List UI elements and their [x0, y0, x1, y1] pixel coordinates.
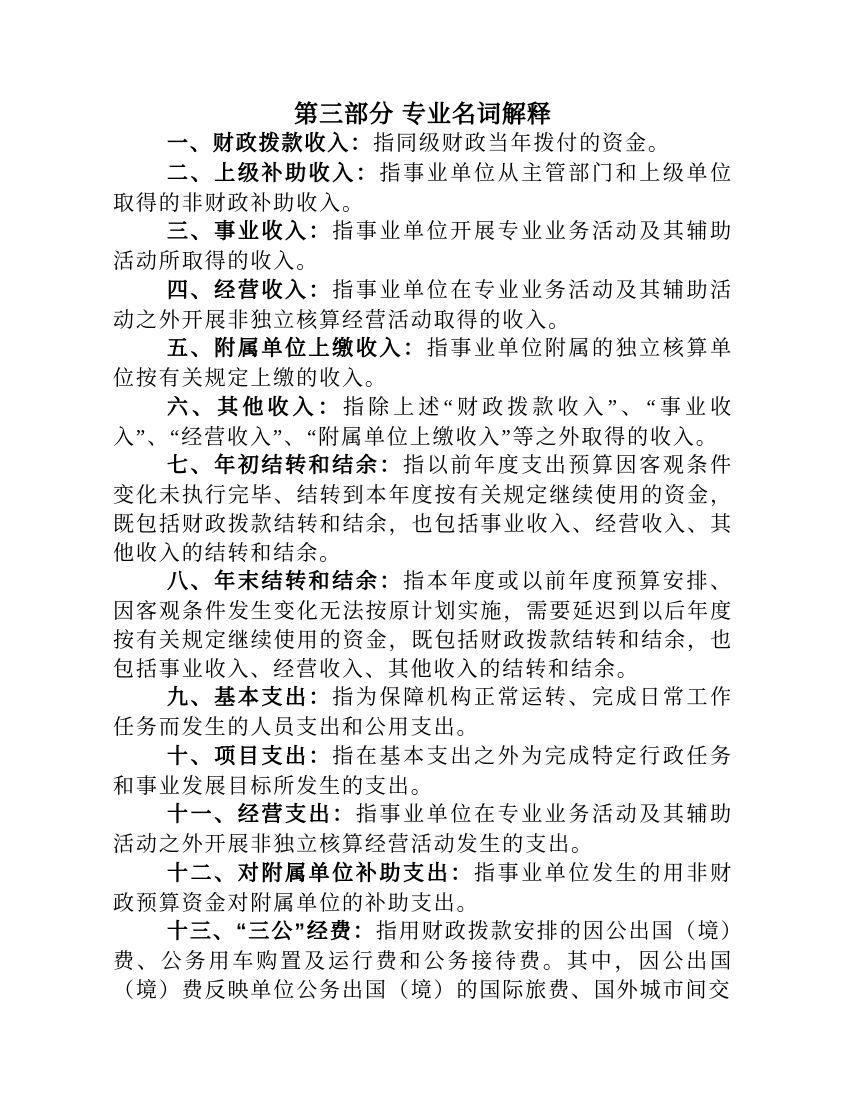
definition-term: 八、年末结转和结余： — [167, 570, 403, 593]
definition-term: 五、附属单位上缴收入： — [167, 337, 427, 360]
definition-item: 八、年末结转和结余：指本年度或以前年度预算安排、因客观条件发生变化无法按原计划实… — [113, 567, 733, 683]
definition-item: 五、附属单位上缴收入：指事业单位附属的独立核算单位按有关规定上缴的收入。 — [113, 334, 733, 393]
definition-term: 四、经营收入： — [167, 279, 332, 302]
definition-item: 十二、对附属单位补助支出：指事业单位发生的用非财政预算资金对附属单位的补助支出。 — [113, 859, 733, 918]
definition-term: 一、财政拨款收入： — [167, 132, 373, 155]
document-page: 第三部分 专业名词解释 一、财政拨款收入：指同级财政当年拨付的资金。 二、上级补… — [0, 0, 850, 1100]
definition-term: 二、上级补助收入： — [167, 162, 380, 185]
definition-term: 七、年初结转和结余： — [167, 454, 403, 477]
definition-text: 指同级财政当年拨付的资金。 — [373, 131, 671, 155]
definition-term: 十二、对附属单位补助支出： — [167, 862, 474, 885]
definition-item: 一、财政拨款收入：指同级财政当年拨付的资金。 — [113, 129, 733, 159]
definition-item: 六、其他收入：指除上述“财政拨款收入”、“事业收入”、“经营收入”、“附属单位上… — [113, 393, 733, 452]
definition-item: 三、事业收入：指事业单位开展专业业务活动及其辅助活动所取得的收入。 — [113, 217, 733, 276]
definition-item: 十、项目支出：指在基本支出之外为完成特定行政任务和事业发展目标所发生的支出。 — [113, 742, 733, 801]
definition-item: 二、上级补助收入：指事业单位从主管部门和上级单位取得的非财政补助收入。 — [113, 159, 733, 218]
page-title: 第三部分 专业名词解释 — [113, 100, 733, 129]
document-body: 一、财政拨款收入：指同级财政当年拨付的资金。 二、上级补助收入：指事业单位从主管… — [113, 129, 733, 1005]
definition-term: 十一、经营支出： — [167, 803, 356, 826]
definition-term: 十、项目支出： — [167, 745, 332, 768]
definition-item: 十一、经营支出：指事业单位在专业业务活动及其辅助活动之外开展非独立核算经营活动发… — [113, 800, 733, 859]
definition-term: 六、其他收入： — [167, 396, 343, 419]
definition-item: 九、基本支出：指为保障机构正常运转、完成日常工作任务而发生的人员支出和公用支出。 — [113, 683, 733, 742]
definition-item: 四、经营收入：指事业单位在专业业务活动及其辅助活动之外开展非独立核算经营活动取得… — [113, 276, 733, 335]
definition-term: 三、事业收入： — [167, 220, 332, 243]
definition-item: 七、年初结转和结余：指以前年度支出预算因客观条件变化未执行完毕、结转到本年度按有… — [113, 451, 733, 567]
definition-term: 九、基本支出： — [167, 686, 332, 709]
definition-item: 十三、“三公”经费：指用财政拨款安排的因公出国（境）费、公务用车购置及运行费和公… — [113, 917, 733, 1004]
definition-term: 十三、“三公”经费： — [167, 920, 376, 943]
